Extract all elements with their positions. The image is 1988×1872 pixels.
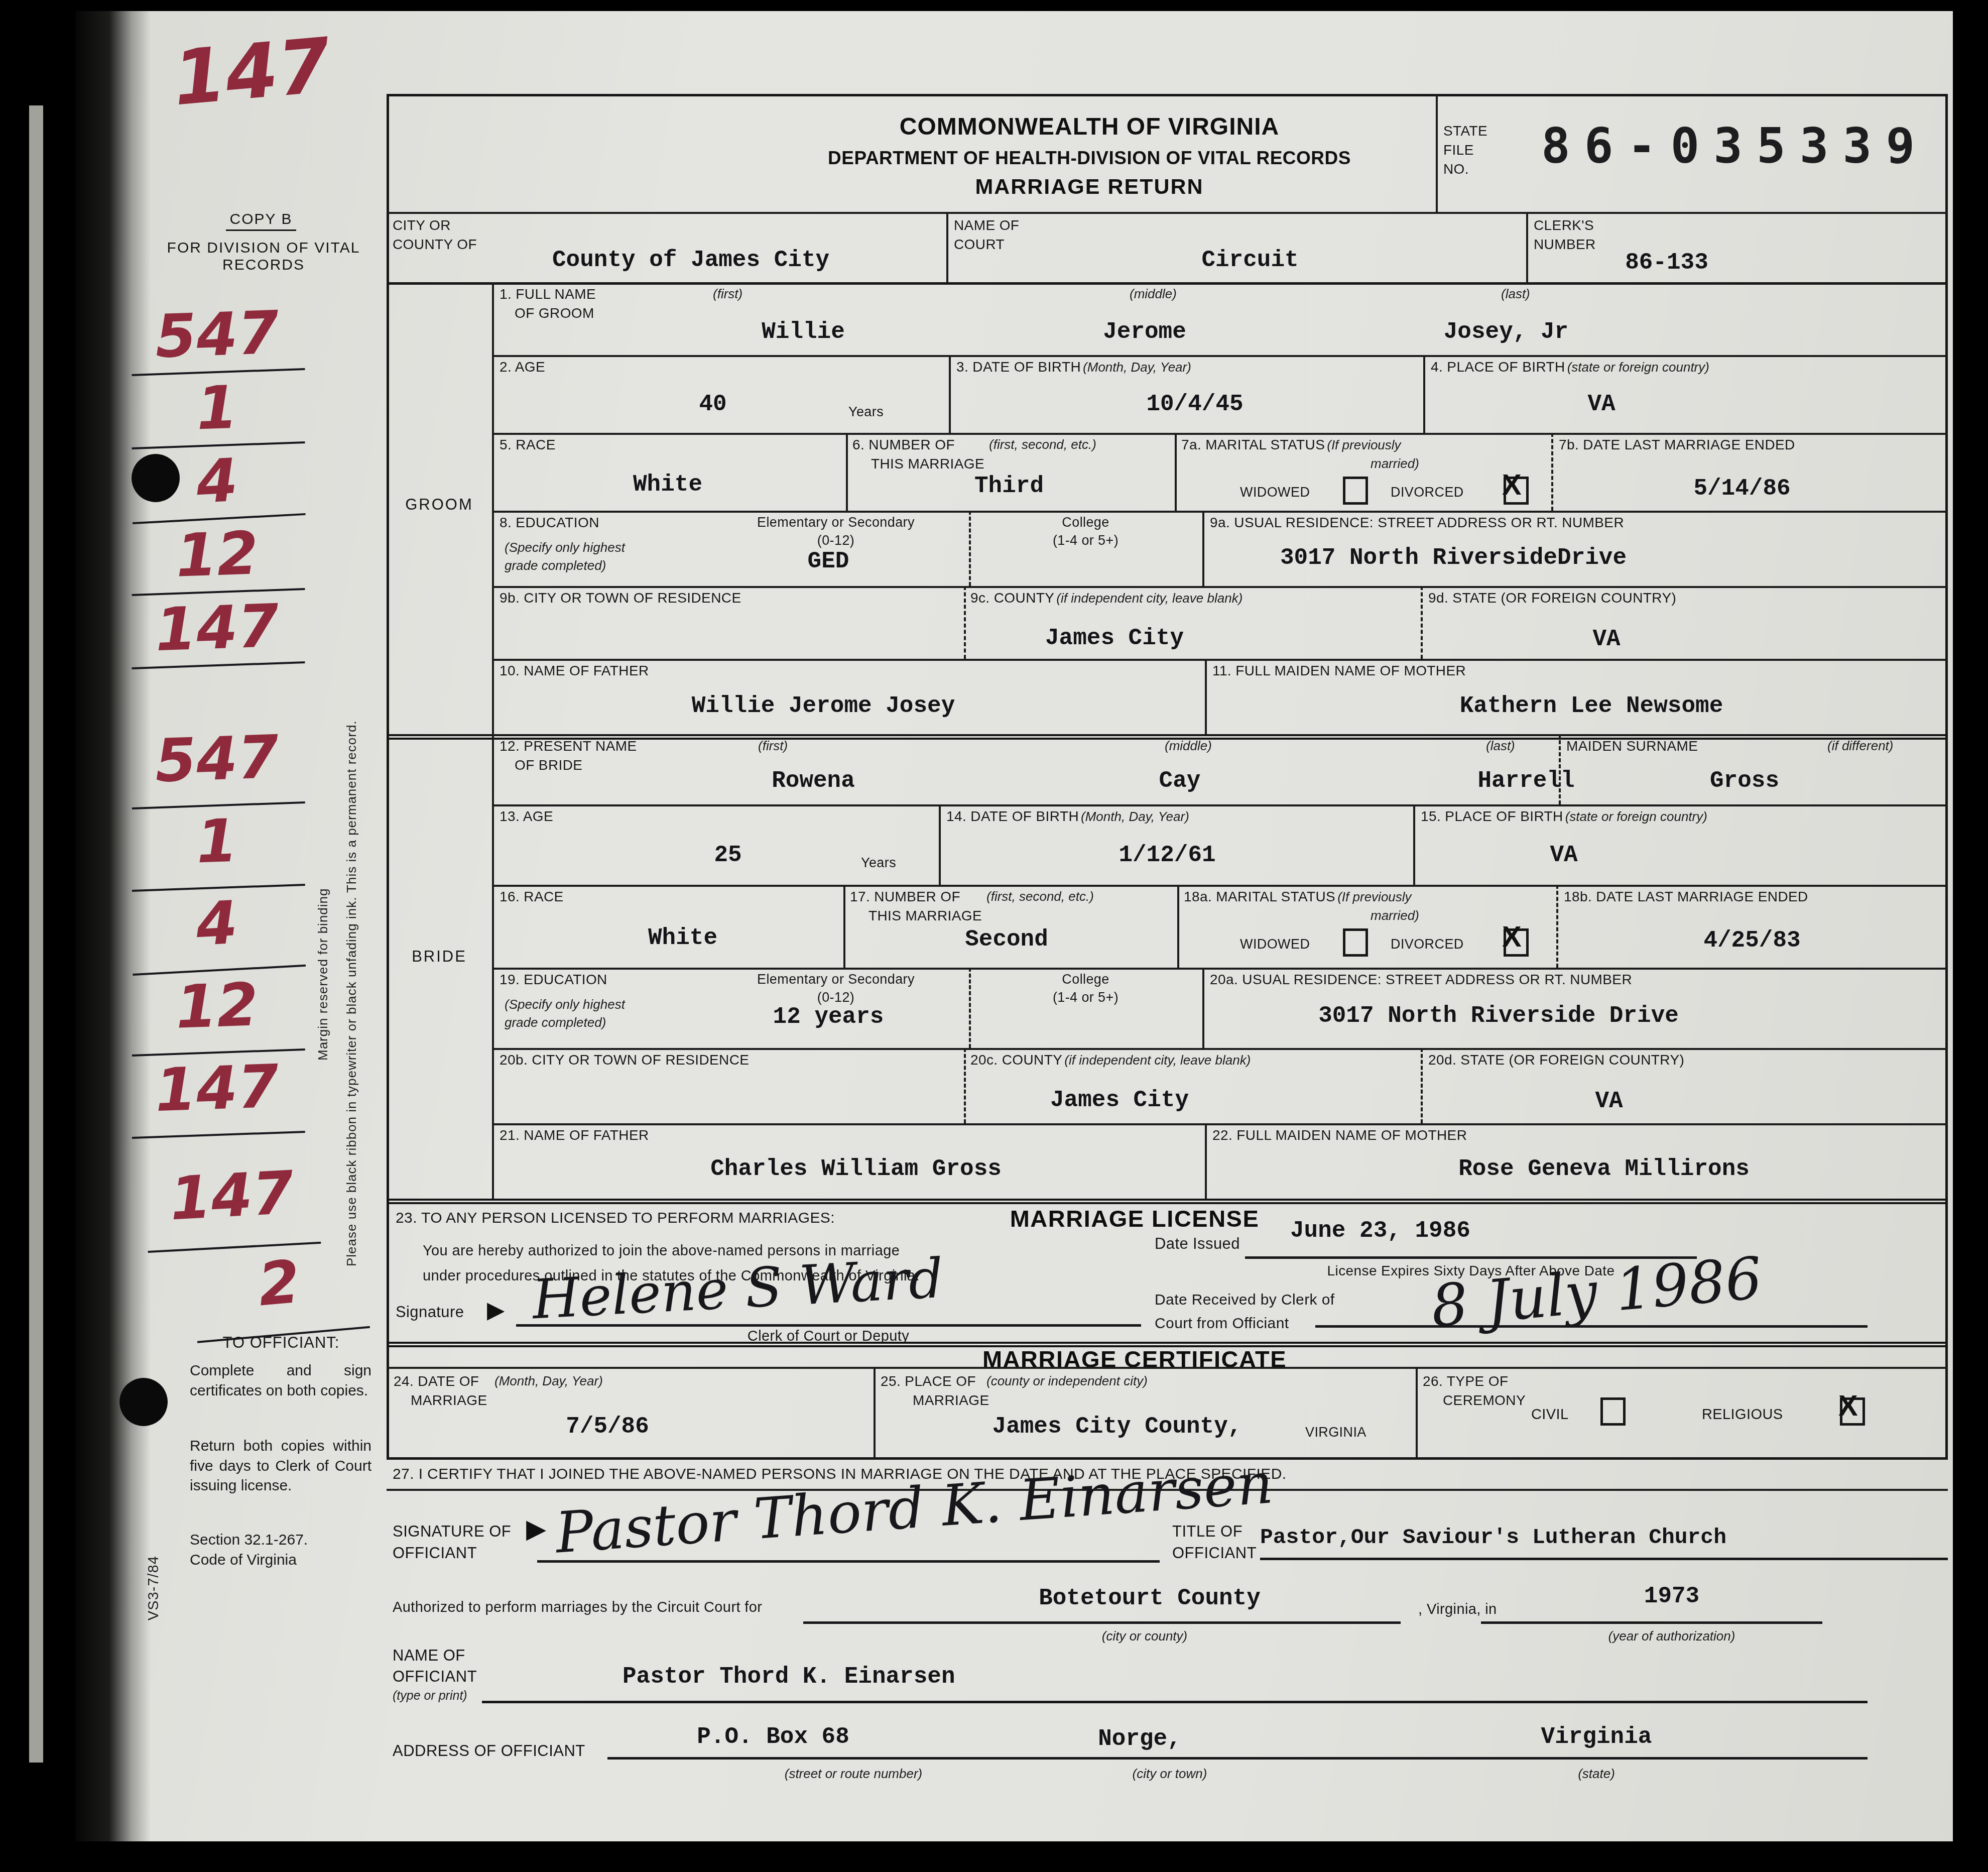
bride-city-label: 20b. CITY OR TOWN OF RESIDENCE xyxy=(500,1052,749,1068)
code-citation: Section 32.1-267. Code of Virginia xyxy=(190,1530,371,1570)
handwritten-stack-3: 147 2 xyxy=(146,1161,319,1336)
groom-name-label: 1. FULL NAME xyxy=(500,286,596,302)
groom-widowed-checkbox xyxy=(1343,477,1368,505)
authorized-place: Botetourt County xyxy=(1024,1585,1275,1611)
marriage-return-form: COMMONWEALTH OF VIRGINIA DEPARTMENT OF H… xyxy=(387,94,1948,1826)
officiant-instruction-2: Return both copies within five days to C… xyxy=(190,1436,371,1496)
groom-city-label: 9b. CITY OR TOWN OF RESIDENCE xyxy=(500,590,741,606)
civil-label: CIVIL xyxy=(1531,1407,1569,1423)
city-county-value: County of James City xyxy=(552,247,803,273)
officiant-title-value: Pastor,Our Saviour's Lutheran Church xyxy=(1260,1525,1726,1550)
groom-mother-label: 11. FULL MAIDEN NAME OF MOTHER xyxy=(1212,663,1466,679)
bride-education-label: 19. EDUCATION xyxy=(500,972,607,988)
groom-residence: 3017 North RiversideDrive xyxy=(1240,545,1667,571)
bride-county-label: 20c. COUNTY (if independent city, leave … xyxy=(970,1052,1251,1068)
marriage-date-label: 24. DATE OF xyxy=(394,1373,479,1389)
bride-residence: 3017 North Riverside Drive xyxy=(1270,1003,1727,1029)
groom-father: Willie Jerome Josey xyxy=(673,693,974,719)
date-issued-value: June 23, 1986 xyxy=(1290,1218,1470,1244)
margin-binding-note: Margin reserved for binding xyxy=(315,749,331,1061)
groom-marriage-number: Third xyxy=(934,473,1084,499)
scanned-document-paper: 147 COPY B FOR DIVISION OF VITAL RECORDS… xyxy=(75,11,1953,1841)
middle-hint: (middle) xyxy=(1130,286,1177,302)
bride-maiden-label: MAIDEN SURNAME xyxy=(1566,738,1698,754)
bride-divorced-label: DIVORCED xyxy=(1391,937,1464,952)
bride-college-label: College xyxy=(1014,972,1157,987)
officiant-signature-label: SIGNATURE OF xyxy=(393,1523,511,1541)
city-or-county-hint: (city or county) xyxy=(1044,1628,1245,1644)
civil-checkbox xyxy=(1600,1397,1626,1426)
officiant-name-label: NAME OF xyxy=(393,1647,465,1665)
clerk-number-value: 86-133 xyxy=(1566,250,1767,276)
bride-residence-label: 20a. USUAL RESIDENCE: STREET ADDRESS OR … xyxy=(1210,972,1632,988)
bride-state-label: 20d. STATE (OR FOREIGN COUNTRY) xyxy=(1428,1052,1684,1068)
bride-race: White xyxy=(607,925,758,951)
hole-punch-top xyxy=(132,454,180,502)
bride-age: 25 xyxy=(678,842,778,868)
margin-ribbon-note: Please use black ribbon in typewriter or… xyxy=(344,543,359,1266)
bride-elementary-value: 12 years xyxy=(728,1004,929,1030)
state-file-label: STATE FILE NO. xyxy=(1443,122,1487,178)
scan-edge-sliver xyxy=(29,105,43,1763)
city-town-hint: (city or town) xyxy=(1069,1766,1270,1782)
date-issued-label: Date Issued xyxy=(1155,1235,1240,1253)
bride-county: James City xyxy=(1044,1087,1195,1113)
marriage-date: 7/5/86 xyxy=(532,1414,683,1440)
officiant-address-label: ADDRESS OF OFFICIANT xyxy=(393,1742,585,1760)
handwritten-number-top: 147 xyxy=(170,22,334,123)
bride-mother: Rose Geneva Millirons xyxy=(1453,1156,1755,1182)
bride-last-marriage-ended-label: 18b. DATE LAST MARRIAGE ENDED xyxy=(1564,889,1808,905)
groom-age-label: 2. AGE xyxy=(500,359,545,375)
court-value: Circuit xyxy=(1150,247,1350,273)
groom-last-name: Josey, Jr xyxy=(1406,319,1606,345)
groom-father-label: 10. NAME OF FATHER xyxy=(500,663,649,679)
officiant-address-street: P.O. Box 68 xyxy=(673,1724,874,1750)
groom-middle-name: Jerome xyxy=(1069,319,1220,345)
date-received-label: Date Received by Clerk of xyxy=(1155,1292,1335,1309)
officiant-signature-arrow-icon: ▶ xyxy=(526,1514,546,1544)
state-hint: (state) xyxy=(1496,1766,1697,1782)
bride-dob-label: 14. DATE OF BIRTH (Month, Day, Year) xyxy=(946,808,1189,825)
groom-mother: Kathern Lee Newsome xyxy=(1441,693,1742,719)
bride-widowed-label: WIDOWED xyxy=(1240,937,1310,952)
groom-first-name: Willie xyxy=(728,319,879,345)
groom-elementary-value: GED xyxy=(753,548,904,574)
officiant-address-state: Virginia xyxy=(1496,1724,1697,1750)
groom-dob-label: 3. DATE OF BIRTH (Month, Day, Year) xyxy=(956,359,1191,375)
groom-county-label: 9c. COUNTY (if independent city, leave b… xyxy=(970,590,1242,606)
groom-race: White xyxy=(592,472,743,498)
court-label: NAME OF COURT xyxy=(954,216,1019,254)
officiant-name-value: Pastor Thord K. Einarsen xyxy=(623,1664,955,1690)
bride-state: VA xyxy=(1546,1088,1672,1114)
groom-section-label: GROOM xyxy=(387,496,492,514)
clerk-signature: Helene S Ward xyxy=(531,1247,945,1332)
handwritten-stack-2: 547 1 4 12 147 xyxy=(131,724,304,1136)
form-border-left xyxy=(387,94,389,1457)
bride-marriage-number: Second xyxy=(931,926,1082,953)
groom-marital-status-label: 7a. MARITAL STATUS (If previously xyxy=(1181,437,1401,453)
groom-pob: VA xyxy=(1539,391,1664,417)
bride-marriage-number-label: 17. NUMBER OF xyxy=(850,889,960,905)
marriage-place-state: VIRGINIA xyxy=(1305,1425,1366,1440)
bride-elementary-label: Elementary or Secondary xyxy=(728,972,944,987)
groom-divorced-label: DIVORCED xyxy=(1391,485,1464,500)
groom-race-label: 5. RACE xyxy=(500,437,556,453)
signature-arrow-icon: ▶ xyxy=(487,1296,505,1323)
copy-b-label: COPY B xyxy=(141,211,382,228)
bride-name-label: 12. PRESENT NAME xyxy=(500,738,637,754)
officiant-address-city: Norge, xyxy=(1039,1726,1240,1752)
bride-middle-name: Cay xyxy=(1104,768,1255,794)
bride-first-name: Rowena xyxy=(738,768,889,794)
bride-pob: VA xyxy=(1501,842,1627,868)
bride-marital-status-label: 18a. MARITAL STATUS (If previously xyxy=(1184,889,1412,905)
bride-divorced-checkbox: X xyxy=(1504,928,1529,957)
bride-last-name: Harrell xyxy=(1451,768,1601,794)
marriage-place-label: 25. PLACE OF xyxy=(881,1373,976,1389)
signature-label: Signature xyxy=(396,1303,464,1321)
bride-mother-label: 22. FULL MAIDEN NAME OF MOTHER xyxy=(1212,1127,1467,1143)
groom-widowed-label: WIDOWED xyxy=(1240,485,1310,500)
copy-for-label: FOR DIVISION OF VITAL RECORDS xyxy=(123,240,404,274)
groom-residence-label: 9a. USUAL RESIDENCE: STREET ADDRESS OR R… xyxy=(1210,515,1624,531)
first-hint: (first) xyxy=(713,286,742,302)
last-hint: (last) xyxy=(1501,286,1530,302)
groom-college-label: College xyxy=(1014,515,1157,530)
form-border-top xyxy=(387,94,1948,96)
bride-father-label: 21. NAME OF FATHER xyxy=(500,1127,649,1143)
bride-father: Charles William Gross xyxy=(705,1156,1007,1182)
officiant-title-label: TITLE OF xyxy=(1172,1523,1242,1541)
groom-elementary-label: Elementary or Secondary xyxy=(728,515,944,530)
year-of-authorization-hint: (year of authorization) xyxy=(1571,1628,1772,1644)
groom-pob-label: 4. PLACE OF BIRTH (state or foreign coun… xyxy=(1431,359,1709,375)
bride-maiden-surname: Gross xyxy=(1669,768,1820,794)
form-border-right xyxy=(1945,94,1948,1457)
groom-age: 40 xyxy=(663,391,763,417)
groom-state: VA xyxy=(1544,626,1669,652)
religious-checkbox: X xyxy=(1840,1397,1865,1426)
hole-punch-bottom xyxy=(119,1378,168,1426)
groom-state-label: 9d. STATE (OR FOREIGN COUNTRY) xyxy=(1428,590,1676,606)
groom-education-label: 8. EDUCATION xyxy=(500,515,599,531)
city-county-label: CITY OR COUNTY OF xyxy=(393,216,477,254)
groom-last-marriage-ended-label: 7b. DATE LAST MARRIAGE ENDED xyxy=(1559,437,1795,453)
bride-race-label: 16. RACE xyxy=(500,889,564,905)
groom-marriage-number-label: 6. NUMBER OF xyxy=(852,437,955,453)
bride-dob: 1/12/61 xyxy=(1092,842,1242,868)
state-file-number: 86-035339 xyxy=(1541,118,1929,174)
bride-widowed-checkbox xyxy=(1343,928,1368,957)
street-hint: (street or route number) xyxy=(753,1766,954,1782)
ceremony-type-label: 26. TYPE OF xyxy=(1423,1373,1508,1389)
form-code: VS3-7/84 xyxy=(146,1510,162,1620)
marriage-place: James City County, xyxy=(984,1414,1250,1440)
groom-divorced-checkbox: X xyxy=(1504,477,1529,505)
officiant-instruction-1: Complete and sign certificates on both c… xyxy=(190,1361,371,1400)
to-officiant-heading: TO OFFICIANT: xyxy=(188,1333,374,1353)
bride-pob-label: 15. PLACE OF BIRTH (state or foreign cou… xyxy=(1421,808,1707,825)
license-item-label: 23. TO ANY PERSON LICENSED TO PERFORM MA… xyxy=(396,1210,835,1227)
bride-age-label: 13. AGE xyxy=(500,808,553,825)
bride-last-marriage-ended: 4/25/83 xyxy=(1677,927,1827,954)
groom-county: James City xyxy=(1039,625,1190,651)
bride-section-label: BRIDE xyxy=(387,948,492,966)
groom-dob: 10/4/45 xyxy=(1120,391,1270,417)
authorized-year: 1973 xyxy=(1596,1583,1747,1609)
religious-label: RELIGIOUS xyxy=(1702,1407,1783,1423)
groom-last-marriage-ended: 5/14/86 xyxy=(1667,476,1817,502)
authorized-by-label: Authorized to perform marriages by the C… xyxy=(393,1599,762,1616)
clerk-number-label: CLERK'S NUMBER xyxy=(1534,216,1596,254)
